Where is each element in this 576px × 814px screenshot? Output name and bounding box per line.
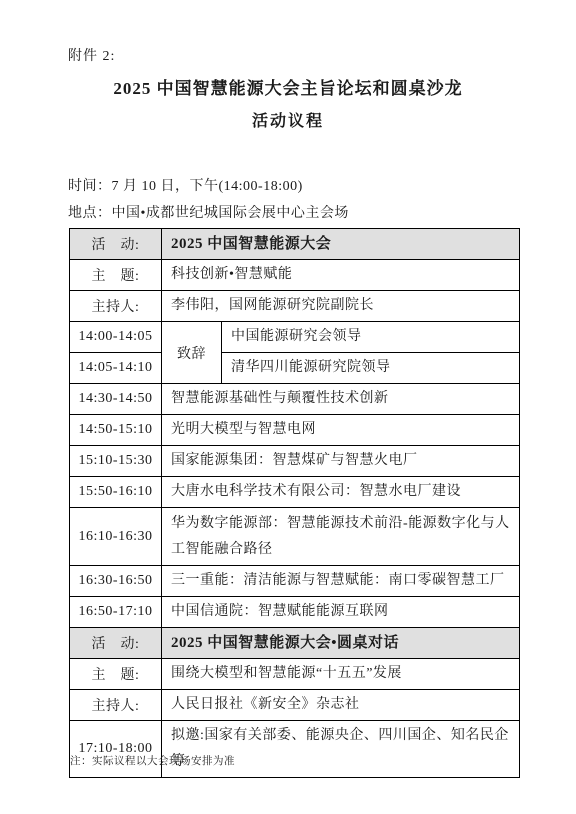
time-cell: 16:10-16:30 xyxy=(70,508,162,566)
content-cell: 拟邀:国家有关部委、能源央企、四川国企、知名民企等 xyxy=(162,721,520,778)
section2-topic-row: 主 题: 围绕大模型和智慧能源“十五五”发展 xyxy=(70,659,520,690)
session-row: 16:50-17:10 中国信通院：智慧赋能能源互联网 xyxy=(70,597,520,628)
document-page: 附件 2: 2025 中国智慧能源大会主旨论坛和圆桌沙龙 活动议程 时间：7 月… xyxy=(0,0,576,814)
session-row: 16:10-16:30 华为数字能源部：智慧能源技术前沿-能源数字化与人工智能融… xyxy=(70,508,520,566)
host-value-cell: 李伟阳，国网能源研究院副院长 xyxy=(162,291,520,322)
section2-activity-row: 活 动: 2025 中国智慧能源大会•圆桌对话 xyxy=(70,628,520,659)
time-cell: 14:00-14:05 xyxy=(70,322,162,353)
content-cell: 三一重能：清洁能源与智慧赋能：南口零碳智慧工厂 xyxy=(162,566,520,597)
content-cell: 清华四川能源研究院领导 xyxy=(222,353,520,384)
time-cell: 16:30-16:50 xyxy=(70,566,162,597)
meeting-time-line: 时间：7 月 10 日，下午(14:00-18:00) xyxy=(68,175,303,195)
time-cell: 17:10-18:00 xyxy=(70,721,162,778)
speech-row: 14:00-14:05 致辞 中国能源研究会领导 xyxy=(70,322,520,353)
content-cell: 大唐水电科学技术有限公司：智慧水电厂建设 xyxy=(162,477,520,508)
content-cell: 智慧能源基础性与颠覆性技术创新 xyxy=(162,384,520,415)
session-row: 16:30-16:50 三一重能：清洁能源与智慧赋能：南口零碳智慧工厂 xyxy=(70,566,520,597)
time-cell: 14:30-14:50 xyxy=(70,384,162,415)
content-cell: 光明大模型与智慧电网 xyxy=(162,415,520,446)
page-subtitle: 活动议程 xyxy=(0,108,576,131)
activity-label-cell: 活 动: xyxy=(70,628,162,659)
topic-value-cell: 围绕大模型和智慧能源“十五五”发展 xyxy=(162,659,520,690)
host-label-cell: 主持人: xyxy=(70,291,162,322)
content-cell: 国家能源集团：智慧煤矿与智慧火电厂 xyxy=(162,446,520,477)
section1-activity-row: 活 动: 2025 中国智慧能源大会 xyxy=(70,229,520,260)
session-row: 14:50-15:10 光明大模型与智慧电网 xyxy=(70,415,520,446)
section1-host-row: 主持人: 李伟阳，国网能源研究院副院长 xyxy=(70,291,520,322)
host-value-cell: 人民日报社《新安全》杂志社 xyxy=(162,690,520,721)
content-cell: 中国信通院：智慧赋能能源互联网 xyxy=(162,597,520,628)
activity-value-cell: 2025 中国智慧能源大会 xyxy=(162,229,520,260)
content-cell: 华为数字能源部：智慧能源技术前沿-能源数字化与人工智能融合路径 xyxy=(162,508,520,566)
meeting-location-line: 地点：中国•成都世纪城国际会展中心主会场 xyxy=(68,202,349,222)
section1-topic-row: 主 题: 科技创新•智慧赋能 xyxy=(70,260,520,291)
session-row: 14:30-14:50 智慧能源基础性与颠覆性技术创新 xyxy=(70,384,520,415)
time-cell: 14:50-15:10 xyxy=(70,415,162,446)
session-row: 15:10-15:30 国家能源集团：智慧煤矿与智慧火电厂 xyxy=(70,446,520,477)
time-cell: 14:05-14:10 xyxy=(70,353,162,384)
time-cell: 15:10-15:30 xyxy=(70,446,162,477)
session-row: 17:10-18:00 拟邀:国家有关部委、能源央企、四川国企、知名民企等 xyxy=(70,721,520,778)
page-title: 2025 中国智慧能源大会主旨论坛和圆桌沙龙 xyxy=(0,74,576,99)
time-cell: 16:50-17:10 xyxy=(70,597,162,628)
topic-value-cell: 科技创新•智慧赋能 xyxy=(162,260,520,291)
speech-label-cell: 致辞 xyxy=(162,322,222,384)
speech-row: 14:05-14:10 清华四川能源研究院领导 xyxy=(70,353,520,384)
session-row: 15:50-16:10 大唐水电科学技术有限公司：智慧水电厂建设 xyxy=(70,477,520,508)
time-cell: 15:50-16:10 xyxy=(70,477,162,508)
topic-label-cell: 主 题: xyxy=(70,260,162,291)
activity-value-cell: 2025 中国智慧能源大会•圆桌对话 xyxy=(162,628,520,659)
section2-host-row: 主持人: 人民日报社《新安全》杂志社 xyxy=(70,690,520,721)
footnote: 注：实际议程以大会现场安排为准 xyxy=(70,753,235,768)
topic-label-cell: 主 题: xyxy=(70,659,162,690)
agenda-table: 活 动: 2025 中国智慧能源大会 主 题: 科技创新•智慧赋能 主持人: 李… xyxy=(69,228,520,778)
content-cell: 中国能源研究会领导 xyxy=(222,322,520,353)
activity-label-cell: 活 动: xyxy=(70,229,162,260)
attachment-label: 附件 2: xyxy=(68,45,115,65)
host-label-cell: 主持人: xyxy=(70,690,162,721)
